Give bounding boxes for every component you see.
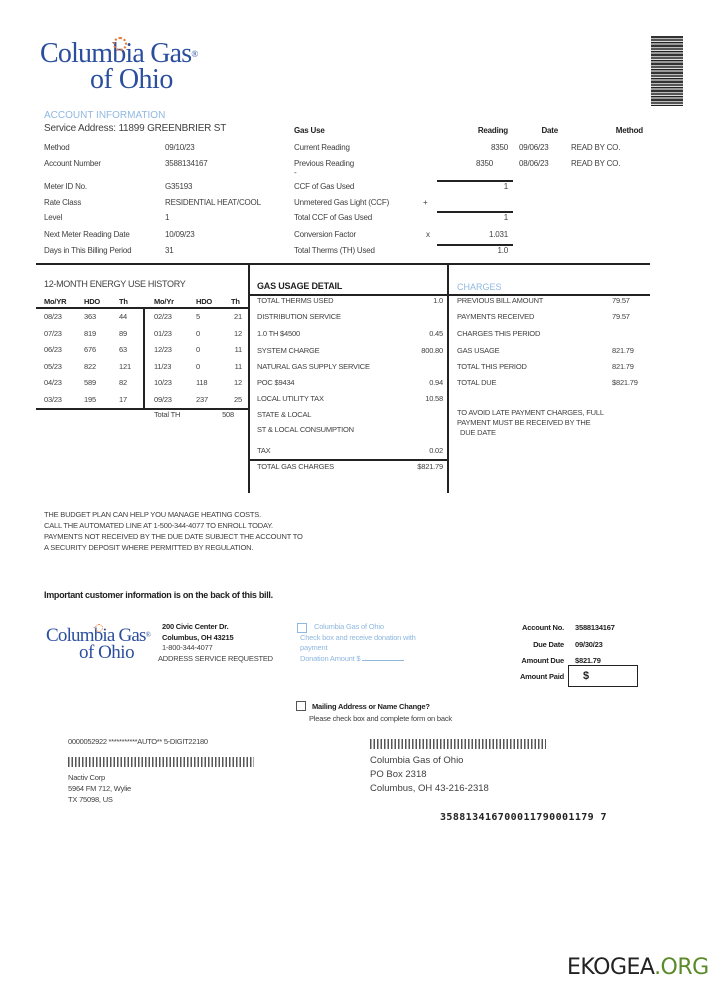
history-therms: 82 bbox=[119, 378, 127, 387]
detail-total-rule bbox=[250, 459, 447, 461]
address-line: 200 Civic Center Dr. bbox=[158, 622, 273, 633]
previous-reading-date: 08/06/23 bbox=[519, 159, 549, 168]
usage-detail-heading: GAS USAGE DETAIL bbox=[257, 281, 342, 291]
account-info-label: Rate Class bbox=[44, 198, 81, 207]
history-hdo: 819 bbox=[84, 329, 96, 338]
charges-heading: CHARGES bbox=[457, 282, 502, 292]
charge-value: 79.57 bbox=[612, 296, 630, 305]
conversion-op: x bbox=[426, 230, 430, 239]
method-header: Method bbox=[590, 126, 643, 135]
history-total-label: Total TH bbox=[154, 410, 180, 419]
charge-label: TOTAL THIS PERIOD bbox=[457, 362, 527, 371]
account-info-value: RESIDENTIAL HEAT/COOL bbox=[165, 198, 261, 207]
scan-line: 0000052922 ***********AUTO** 5-DIGIT2218… bbox=[68, 737, 208, 746]
history-column-header: HDO bbox=[84, 297, 100, 306]
due-date-value: 09/30/23 bbox=[575, 640, 603, 649]
history-hdo: 195 bbox=[84, 395, 96, 404]
late-payment-notice: TO AVOID LATE PAYMENT CHARGES, FULL PAYM… bbox=[457, 408, 604, 438]
conversion-label: Conversion Factor bbox=[294, 230, 356, 239]
ccf-used-label: CCF of Gas Used bbox=[294, 182, 354, 191]
history-column-header: Th bbox=[231, 297, 240, 306]
mailing-change-hint: Please check box and complete form on ba… bbox=[309, 714, 452, 723]
donation-section: Columbia Gas of Ohio Check box and recei… bbox=[300, 622, 416, 664]
company-address: 200 Civic Center Dr. Columbus, OH 43215 … bbox=[158, 622, 273, 664]
history-therms: 121 bbox=[119, 362, 131, 371]
sun-logo-icon bbox=[95, 624, 103, 632]
usage-detail-label: DISTRIBUTION SERVICE bbox=[257, 312, 341, 321]
due-date-label: Due Date bbox=[500, 640, 564, 649]
postal-barcode-icon bbox=[68, 757, 254, 767]
usage-total-label: TOTAL GAS CHARGES bbox=[257, 462, 334, 471]
amount-due-value: $821.79 bbox=[575, 656, 601, 665]
notice-line: DUE DATE bbox=[457, 428, 604, 438]
message-line: PAYMENTS NOT RECEIVED BY THE DUE DATE SU… bbox=[44, 531, 303, 542]
remit-address-line: PO Box 2318 bbox=[370, 768, 489, 782]
amount-due-label: Amount Due bbox=[500, 656, 564, 665]
donation-text: Check box and receive donation with bbox=[300, 633, 416, 644]
total-ccf-value: 1 bbox=[460, 213, 508, 222]
customer-address-line: TX 75098, US bbox=[68, 794, 131, 805]
important-info-note: Important customer information is on the… bbox=[44, 590, 273, 600]
usage-detail-value: 800.80 bbox=[395, 346, 443, 355]
history-hdo: 5 bbox=[196, 312, 200, 321]
history-hdo: 237 bbox=[196, 395, 208, 404]
previous-reading-value: 8350 bbox=[445, 159, 493, 168]
history-therms: 21 bbox=[226, 312, 242, 321]
history-hdo: 0 bbox=[196, 345, 200, 354]
service-address-label: Service Address: bbox=[44, 123, 116, 134]
history-month: 02/23 bbox=[154, 312, 172, 321]
usage-detail-value: 10.58 bbox=[395, 394, 443, 403]
usage-detail-label: TOTAL THERMS USED bbox=[257, 296, 333, 305]
usage-detail-label: ST & LOCAL CONSUMPTION bbox=[257, 425, 354, 434]
history-column-header: Th bbox=[119, 297, 128, 306]
account-info-label: Meter ID No. bbox=[44, 182, 87, 191]
history-month: 11/23 bbox=[154, 362, 171, 371]
barcode-icon bbox=[651, 36, 683, 106]
current-reading-value: 8350 bbox=[460, 143, 508, 152]
total-therms-label: Total Therms (TH) Used bbox=[294, 246, 375, 255]
history-hdo: 0 bbox=[196, 329, 200, 338]
account-info-value: G35193 bbox=[165, 182, 192, 191]
usage-detail-value: 0.94 bbox=[395, 378, 443, 387]
history-month: 04/23 bbox=[44, 378, 62, 387]
message-line: THE BUDGET PLAN CAN HELP YOU MANAGE HEAT… bbox=[44, 509, 303, 520]
mailing-change-label: Mailing Address or Name Change? bbox=[312, 702, 430, 711]
total-therms-value: 1.0 bbox=[460, 246, 508, 255]
history-therms: 17 bbox=[119, 395, 127, 404]
budget-plan-message: THE BUDGET PLAN CAN HELP YOU MANAGE HEAT… bbox=[44, 509, 303, 553]
history-month: 12/23 bbox=[154, 345, 172, 354]
donation-text: payment bbox=[300, 643, 416, 654]
usage-detail-label: 1.0 TH $4500 bbox=[257, 329, 300, 338]
usage-detail-label: STATE & LOCAL bbox=[257, 410, 311, 419]
history-total-value: 508 bbox=[210, 410, 234, 419]
address-line: Columbus, OH 43215 bbox=[158, 633, 273, 644]
remit-barcode-icon bbox=[370, 739, 546, 749]
history-therms: 11 bbox=[226, 362, 242, 371]
history-month: 06/23 bbox=[44, 345, 62, 354]
registered-mark: ® bbox=[146, 631, 151, 639]
history-therms: 44 bbox=[119, 312, 127, 321]
registered-mark: ® bbox=[191, 49, 197, 59]
ocr-scan-line: 358813416700011790001179 7 bbox=[440, 812, 607, 823]
history-column-header: Mo/Yr bbox=[154, 297, 174, 306]
account-no-label: Account No. bbox=[500, 623, 564, 632]
history-hdo: 676 bbox=[84, 345, 96, 354]
charge-value: 821.79 bbox=[612, 346, 634, 355]
history-column-header: HDO bbox=[196, 297, 212, 306]
usage-detail-value: 1.0 bbox=[395, 296, 443, 305]
history-split bbox=[143, 307, 145, 409]
usage-total-value: $821.79 bbox=[395, 462, 443, 471]
usage-detail-label: SYSTEM CHARGE bbox=[257, 346, 319, 355]
history-heading: 12-MONTH ENERGY USE HISTORY bbox=[44, 279, 185, 289]
remit-address-line: Columbus, OH 43-216-2318 bbox=[370, 782, 489, 796]
reading-header: Reading bbox=[460, 126, 508, 135]
usage-detail-label: LOCAL UTILITY TAX bbox=[257, 394, 324, 403]
account-info-label: Next Meter Reading Date bbox=[44, 230, 130, 239]
amount-paid-field[interactable]: $ bbox=[568, 665, 638, 687]
history-month: 01/23 bbox=[154, 329, 172, 338]
account-info-value: 31 bbox=[165, 246, 174, 255]
watermark-suffix: .ORG bbox=[654, 955, 709, 980]
history-hdo: 118 bbox=[196, 378, 207, 387]
charge-value: 821.79 bbox=[612, 362, 634, 371]
history-therms: 12 bbox=[226, 329, 242, 338]
previous-reading-label: Previous Reading bbox=[294, 159, 354, 168]
account-info-label: Days in This Billing Period bbox=[44, 246, 131, 255]
history-therms: 89 bbox=[119, 329, 127, 338]
previous-reading-method: READ BY CO. bbox=[571, 159, 620, 168]
current-reading-date: 09/06/23 bbox=[519, 143, 549, 152]
history-therms: 12 bbox=[226, 378, 242, 387]
account-info-value: 1 bbox=[165, 213, 169, 222]
ccf-used-value: 1 bbox=[460, 182, 508, 191]
logo-line2: of Ohio bbox=[46, 645, 150, 661]
remit-address: Columbia Gas of Ohio PO Box 2318 Columbu… bbox=[370, 754, 489, 796]
charge-label: TOTAL DUE bbox=[457, 378, 496, 387]
donation-amount-field[interactable] bbox=[362, 660, 404, 661]
column-divider bbox=[447, 263, 449, 493]
notice-line: PAYMENT MUST BE RECEIVED BY THE bbox=[457, 418, 604, 428]
history-month: 03/23 bbox=[44, 395, 62, 404]
account-info-value: 10/09/23 bbox=[165, 230, 195, 239]
unmetered-op: + bbox=[423, 198, 427, 207]
history-therms: 11 bbox=[226, 345, 242, 354]
logo-line2: of Ohio bbox=[40, 68, 197, 92]
total-ccf-label: Total CCF of Gas Used bbox=[294, 213, 372, 222]
customer-address: Nactiv Corp 5964 FM 712, Wylie TX 75098,… bbox=[68, 772, 131, 805]
message-line: CALL THE AUTOMATED LINE AT 1-500-344-407… bbox=[44, 520, 303, 531]
gas-use-header: Gas Use bbox=[294, 126, 325, 135]
history-month: 10/23 bbox=[154, 378, 172, 387]
subtract-dash: - bbox=[294, 168, 296, 177]
company-phone: 1-800-344-4077 bbox=[158, 643, 273, 654]
current-reading-method: READ BY CO. bbox=[571, 143, 620, 152]
section-divider bbox=[36, 263, 650, 265]
service-address-value: 11899 GREENBRIER ST bbox=[118, 123, 226, 134]
usage-detail-value: 0.02 bbox=[395, 446, 443, 455]
donation-title: Columbia Gas of Ohio bbox=[300, 622, 416, 633]
account-no-value: 3588134167 bbox=[575, 623, 615, 632]
account-info-value: 09/10/23 bbox=[165, 143, 195, 152]
usage-detail-value: 0.45 bbox=[395, 329, 443, 338]
history-therms: 25 bbox=[226, 395, 242, 404]
address-service-requested: ADDRESS SERVICE REQUESTED bbox=[158, 654, 273, 665]
account-info-label: Method bbox=[44, 143, 69, 152]
history-month: 05/23 bbox=[44, 362, 62, 371]
usage-detail-label: POC $9434 bbox=[257, 378, 294, 387]
history-therms: 63 bbox=[119, 345, 127, 354]
sun-logo-icon bbox=[113, 37, 127, 51]
date-header: Date bbox=[520, 126, 558, 135]
history-hdo: 0 bbox=[196, 362, 200, 371]
charge-value: 79.57 bbox=[612, 312, 630, 321]
watermark-main: EKOGEA bbox=[567, 955, 654, 980]
account-info-label: Account Number bbox=[44, 159, 101, 168]
unmetered-label: Unmetered Gas Light (CCF) bbox=[294, 198, 389, 207]
dollar-sign: $ bbox=[583, 670, 589, 682]
donation-amount-label: Donation Amount $ bbox=[300, 654, 360, 663]
customer-address-line: 5964 FM 712, Wylie bbox=[68, 783, 131, 794]
charge-label: GAS USAGE bbox=[457, 346, 499, 355]
history-hdo: 363 bbox=[84, 312, 96, 321]
account-info-label: Level bbox=[44, 213, 62, 222]
customer-name: Nactiv Corp bbox=[68, 772, 131, 783]
history-month: 09/23 bbox=[154, 395, 172, 404]
charge-label: PREVIOUS BILL AMOUNT bbox=[457, 296, 543, 305]
usage-detail-label: NATURAL GAS SUPPLY SERVICE bbox=[257, 362, 370, 371]
account-info-heading: ACCOUNT INFORMATION bbox=[44, 110, 165, 121]
history-hdo: 589 bbox=[84, 378, 96, 387]
history-month: 08/23 bbox=[44, 312, 62, 321]
notice-line: TO AVOID LATE PAYMENT CHARGES, FULL bbox=[457, 408, 604, 418]
current-reading-label: Current Reading bbox=[294, 143, 350, 152]
history-column-header: Mo/YR bbox=[44, 297, 66, 306]
charge-value: $821.79 bbox=[612, 378, 638, 387]
history-month: 07/23 bbox=[44, 329, 62, 338]
history-hdo: 822 bbox=[84, 362, 96, 371]
amount-paid-label: Amount Paid bbox=[500, 672, 564, 681]
remit-name: Columbia Gas of Ohio bbox=[370, 754, 489, 768]
charge-label: CHARGES THIS PERIOD bbox=[457, 329, 540, 338]
account-info-value: 3588134167 bbox=[165, 159, 208, 168]
conversion-value: 1.031 bbox=[460, 230, 508, 239]
charge-label: PAYMENTS RECEIVED bbox=[457, 312, 534, 321]
watermark: EKOGEA.ORG bbox=[567, 955, 709, 980]
service-address: Service Address: 11899 GREENBRIER ST bbox=[44, 123, 226, 134]
message-line: A SECURITY DEPOSIT WHERE PERMITTED BY RE… bbox=[44, 542, 303, 553]
usage-detail-label: TAX bbox=[257, 446, 270, 455]
mailing-change-checkbox[interactable] bbox=[296, 701, 306, 711]
